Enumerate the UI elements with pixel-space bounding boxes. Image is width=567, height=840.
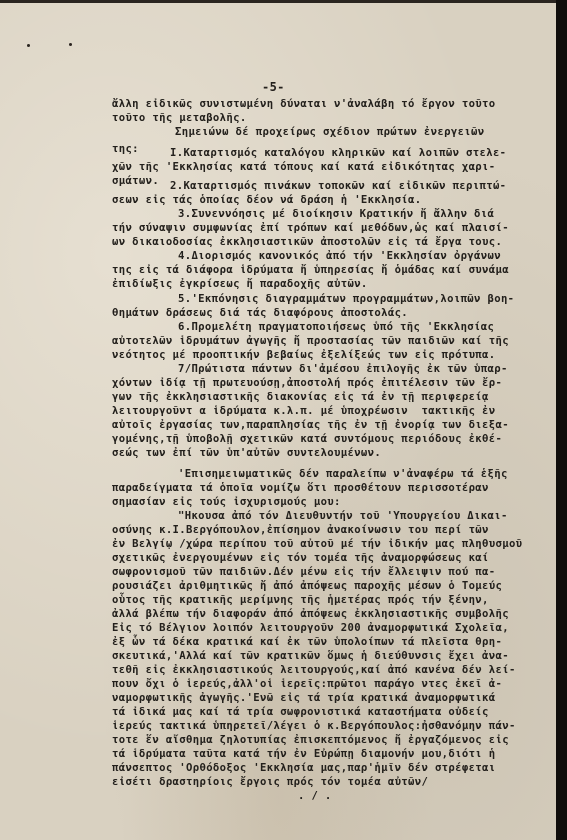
text-line: ἄλλη εἰδικῶς συνιστωμένη δύναται ν'ἀναλά…	[112, 98, 496, 110]
text-line: ναμορφωτικῆς ἀγωγῆς.'Ενῶ εἰς τά τρία κρα…	[112, 692, 496, 704]
text-line: σωφρονισμοῦ τῶν παιδιῶν.Δέν μένω εἰς τήν…	[112, 566, 496, 578]
text-line: νεότητος μέ προοπτικήν βεβαίως ἐξελίξεώς…	[112, 349, 496, 361]
text-line: σμάτων.	[112, 175, 159, 187]
text-line: τοτε ἕν αἴσθημα ζηλοτυπίας ἐπισκεπτόμενο…	[112, 734, 509, 746]
text-line: ἐπιδίωξις ἐγκρίσεως ἤ παραδοχῆς αὐτῶν.	[112, 278, 368, 290]
text-line: ρουσιάζει ἀριθμητικῶς ἤ ἀπό ἀπόψεως παρο…	[112, 580, 502, 592]
text-line: σεων εἰς τάς ὁποίας δέον νά δράση ἡ 'Εκκ…	[112, 194, 422, 206]
punch-mark	[69, 43, 72, 46]
text-line: χόντων ἰδίᾳ τῇ πρωτευούσῃ,ἀποστολή πρός …	[112, 377, 502, 389]
text-line: ων δικαιοδοσίας ἐκκλησιαστικῶν ἀποστολῶν…	[112, 236, 502, 248]
text-line: εἰσέτι δραστηρίοις ἔργοις πρός τόν τομέα…	[112, 776, 428, 788]
typewritten-page: -5- ἄλλη εἰδικῶς συνιστωμένη δύναται ν'ἀ…	[0, 3, 556, 840]
text-line: τά ἱδρύματα ταῦτα κατά τήν ἐν Εὐρώπῃ δια…	[112, 748, 496, 760]
text-line: σημασίαν εἰς τούς ἰσχυρισμούς μου:	[112, 496, 341, 508]
text-line: τοῦτο τῆς μεταβολῆς.	[112, 112, 247, 124]
text-line: Εἰς τό Βέλγιον λοιπόν λειτουργοῦν 200 ἀν…	[112, 622, 509, 634]
text-line: ἀλλά βλέπω τήν διαφοράν ἀπό ἀπόψεως ἐκκλ…	[112, 608, 509, 620]
text-line: 2.Καταρτισμός πινάκων τοποκῶν καί εἰδικῶ…	[170, 180, 506, 192]
text-line: γων τῆς ἐκκλησιαστικῆς διακονίας εἰς τά …	[112, 391, 489, 403]
text-line: ἐξ ὧν τά δέκα κρατικά καί ἐκ τῶν ὑπολοίπ…	[112, 636, 502, 648]
text-line: τήν σύναψιν συμφωνίας ἐπί τρόπων καί μεθ…	[112, 222, 509, 234]
text-line: τά ἰδικά μας καί τά τρία σωφρονιστικά κα…	[112, 706, 489, 718]
punch-mark	[27, 44, 30, 47]
text-line: 6.Προμελέτη πραγματοποιήσεως ὑπό τῆς 'Εκ…	[178, 321, 494, 333]
text-line: πάνσεπτος 'Ορθόδοξος 'Εκκλησία μας,παρ'ἡ…	[112, 762, 496, 774]
text-line: ἐν Βελγίῳ /χώρα περίπου τοῦ αὐτοῦ μέ τήν…	[112, 538, 522, 550]
text-line: σκευτικά,'Αλλά καί τῶν κρατικῶν ὅμως ἡ δ…	[112, 650, 509, 662]
text-line: της εἰς τά διάφορα ἱδρύματα ἤ ὑπηρεσίας …	[112, 264, 509, 276]
text-line: σεώς των ἐπί τῶν ὑπ'αὐτῶν συντελουμένων.	[112, 447, 381, 459]
text-line: τεθῆ εἰς ἐκκλησιαστικούς λειτουργούς,καί…	[112, 664, 516, 676]
text-line: χῶν τῆς 'Εκκλησίας κατά τόπους καί κατά …	[112, 161, 496, 173]
text-line: 3.Συνεννόησις μέ διοίκησιν Κρατικήν ἤ ἄλ…	[178, 208, 494, 220]
text-line: αὐτοῖς ἐργασίας των,παραπλησίας τῆς ἐν τ…	[112, 419, 509, 431]
page-number: -5-	[262, 81, 285, 93]
text-line: 7/Πρώτιστα πάντων δι'ἀμέσου ἐπιλογῆς ἐκ …	[178, 363, 508, 375]
text-line: ἱερεύς τακτικά ὑπηρετεῖ/λέγει ὁ κ.Βεργόπ…	[112, 720, 516, 732]
scan-right-edge	[556, 0, 567, 840]
text-line: 'Επισημειωματικῶς δέν παραλείπω ν'ἀναφέρ…	[178, 468, 508, 480]
text-line: λειτουργοῦντ α ἱδρύματα κ.λ.π. μέ ὑποχρέ…	[112, 405, 496, 417]
text-line: γομένης,τῇ ὑποβολῇ σχετικῶν κατά συντόμο…	[112, 433, 502, 445]
text-line: αὐτοτελῶν ἱδρυμάτων ἀγωγῆς ἤ προστασίας …	[112, 335, 509, 347]
text-line: 5.'Εκπόνησις διαγραμμάτων προγραμμάτων,λ…	[178, 293, 514, 305]
text-line: I.Καταρτισμός καταλόγου κληρικῶν καί λοι…	[170, 147, 506, 159]
text-line: πουν ὄχι ὁ ἱερεύς,ἀλλ'οἱ ἱερεῖς:πρῶτοι π…	[112, 678, 502, 690]
text-line: παραδείγματα τά ὁποῖα νομίζω ὅτι προσθέτ…	[112, 482, 489, 494]
text-line: "Ηκουσα ἀπό τόν Διευθυντήν τοῦ 'Υπουργεί…	[178, 510, 508, 522]
text-line: . / .	[298, 790, 332, 802]
text-line: οσύνης κ.Ι.Βεργόπουλον,ἐπίσημον ἀνακοίνω…	[112, 524, 489, 536]
text-line: οὗτος τῆς κρατικῆς μερίμνης τῆς ἡμετέρας…	[112, 594, 489, 606]
text-line: σχετικῶς ἐνεργουμένων εἰς τόν τομέα τῆς …	[112, 552, 489, 564]
text-line: 4.Διορισμός κανονικός ἀπό τήν 'Εκκλησίαν…	[178, 250, 501, 262]
text-line: Σημειώνω δέ προχείρως σχέδιον πρώτων ἐνε…	[175, 126, 485, 138]
text-line: θημάτων δράσεως διά τάς διαφόρους ἀποστο…	[112, 307, 408, 319]
text-line: της:	[112, 143, 139, 155]
